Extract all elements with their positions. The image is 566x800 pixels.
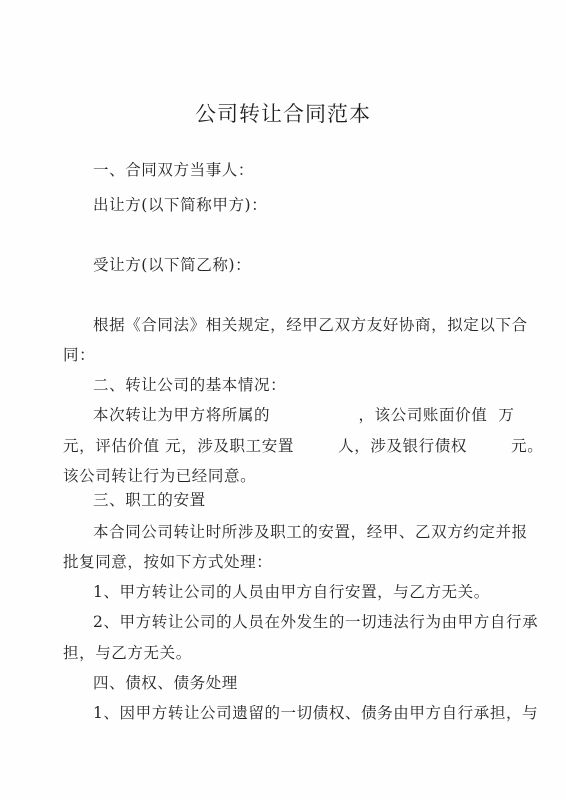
section-4-heading: 四、债权、债务处理 [93, 673, 238, 693]
transferee-field: 受让方(以下简乙称)： [93, 255, 251, 275]
section-3-para-line-2: 批复同意，按如下方式处理： [63, 552, 272, 572]
section-3-para-line-1: 本合同公司转让时所涉及职工的安置，经甲、乙双方约定并报 [93, 522, 528, 542]
section-3-item-1: 1、甲方转让公司的人员由甲方自行安置，与乙方无关。 [93, 582, 490, 602]
document-title: 公司转让合同范本 [0, 98, 566, 128]
section-2-para-line-2: 元，评估价值 元，涉及职工安置 人，涉及银行债权 元。 [63, 436, 543, 456]
section-3-heading: 三、职工的安置 [93, 490, 206, 510]
transferor-field: 出让方(以下简称甲方)： [93, 195, 267, 215]
preamble-line-1: 根据《合同法》相关规定，经甲乙双方友好协商，拟定以下合 [93, 315, 528, 335]
section-2-para-line-1: 本次转让为甲方将所属的 ，该公司账面价值 万 [93, 405, 515, 425]
section-2-heading: 二、转让公司的基本情况： [93, 375, 286, 395]
section-4-item-1: 1、因甲方转让公司遗留的一切债权、债务由甲方自行承担，与 [93, 703, 538, 723]
section-3-item-2-line-1: 2、甲方转让公司的人员在外发生的一切违法行为由甲方自行承 [93, 612, 538, 632]
document-page: 公司转让合同范本 一、合同双方当事人： 出让方(以下简称甲方)： 受让方(以下简… [0, 0, 566, 800]
section-2-para-line-3: 该公司转让行为已经同意。 [63, 466, 256, 486]
section-3-item-2-line-2: 担，与乙方无关。 [63, 643, 192, 663]
section-1-heading: 一、合同双方当事人： [93, 160, 254, 180]
preamble-line-2: 同： [63, 345, 95, 365]
